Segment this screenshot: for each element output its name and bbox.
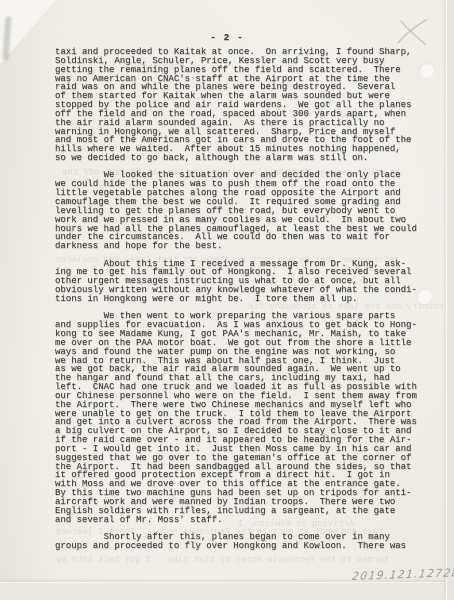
typed-line: tions in Hongkong were or might be. I to… xyxy=(55,295,417,304)
typed-body: taxi and proceeded to Kaitak at once. On… xyxy=(55,48,417,559)
typed-paragraph: taxi and proceeded to Kaitak at once. On… xyxy=(55,48,417,163)
bottom-page-edge xyxy=(0,583,454,600)
typed-line: darkness and hope for the best. xyxy=(55,242,417,251)
right-page-edge xyxy=(447,0,454,600)
pencil-x-mark xyxy=(394,17,430,49)
document-scan: Chungkinghe had a message from Manila in… xyxy=(0,0,454,600)
typed-paragraph: About this time I received a message fro… xyxy=(55,260,417,304)
typed-line: groups and proceeded to fly over Hongkon… xyxy=(55,542,417,551)
emboss-circle xyxy=(417,289,432,304)
emboss-circle xyxy=(419,63,434,78)
page-number: - 2 - xyxy=(0,32,454,43)
typed-line: and several of Mr. Moss' staff. xyxy=(55,516,417,525)
typed-line: so we decided to go back, although the a… xyxy=(55,154,417,163)
typed-paragraph: Shortly after this, planes began to come… xyxy=(55,533,417,551)
typed-paragraph: We looked the situation over and decided… xyxy=(55,171,417,251)
typed-paragraph: We then went to work preparing the vario… xyxy=(55,312,417,524)
